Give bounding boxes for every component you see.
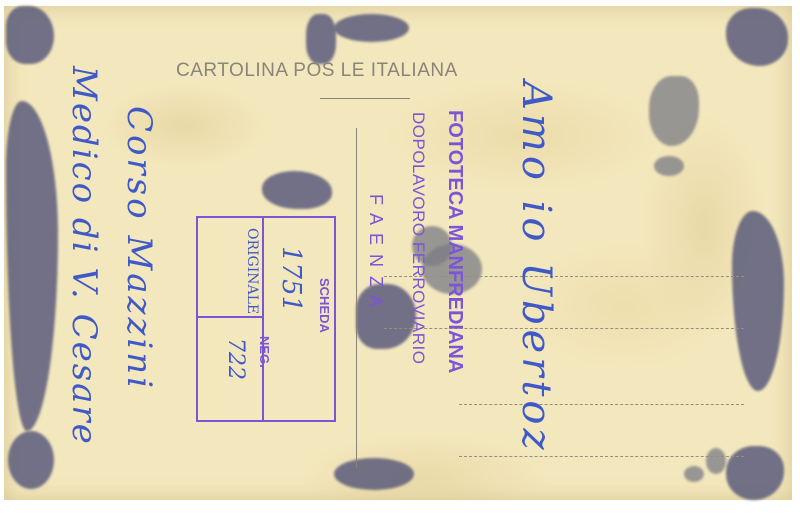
archive-label-neg: NEG. bbox=[257, 336, 272, 368]
stamp-line-2: DOPOLAVORO FERROVIARIO bbox=[408, 112, 428, 365]
stain-right-upper bbox=[649, 76, 699, 146]
stain-top-center bbox=[306, 14, 336, 64]
archive-label-scheda: SCHEDA bbox=[317, 278, 332, 333]
stain-bottom-right-2 bbox=[706, 448, 726, 474]
stain-bottom-right bbox=[726, 446, 784, 500]
archive-box bbox=[196, 216, 336, 422]
stain-bottom-center bbox=[334, 458, 414, 490]
archive-label-originale: ORIGINALE bbox=[244, 228, 260, 314]
stain-left-edge bbox=[6, 101, 58, 431]
header-underline bbox=[320, 98, 410, 99]
archive-value-scheda: 1751 bbox=[276, 246, 306, 312]
stain-top-center-2 bbox=[334, 14, 409, 42]
stain-right-edge bbox=[732, 211, 784, 391]
stain-top-left bbox=[6, 6, 54, 64]
stain-center bbox=[262, 171, 332, 209]
postcard-back: CARTOLINA POS LE ITALIANA FOTOTECA MANFR… bbox=[4, 6, 792, 500]
address-line-4 bbox=[459, 456, 744, 457]
stain-bottom-right-3 bbox=[684, 466, 704, 482]
handwriting-left-line-1: Corso Mazzini bbox=[119, 106, 159, 391]
archive-box-vertical-divider bbox=[262, 216, 264, 420]
address-line-3 bbox=[459, 404, 744, 405]
postcard-header: CARTOLINA POS LE ITALIANA bbox=[176, 60, 458, 82]
address-line-2 bbox=[384, 328, 744, 329]
stain-bottom-left bbox=[8, 431, 54, 489]
stain-right-upper-2 bbox=[654, 156, 684, 176]
address-line-1 bbox=[384, 276, 744, 277]
handwriting-right: Amo io Ubertoz bbox=[513, 81, 559, 454]
handwriting-left-line-2: Medico di V. Cesare bbox=[64, 66, 104, 446]
stamp-line-1: FOTOTECA MANFREDIANA bbox=[443, 110, 466, 373]
archive-value-neg: 722 bbox=[223, 338, 248, 380]
center-divider bbox=[356, 128, 357, 468]
archive-box-horizontal-divider bbox=[196, 316, 264, 318]
stain-top-right bbox=[726, 8, 788, 66]
stamp-line-3: F A E N Z A bbox=[365, 194, 386, 309]
